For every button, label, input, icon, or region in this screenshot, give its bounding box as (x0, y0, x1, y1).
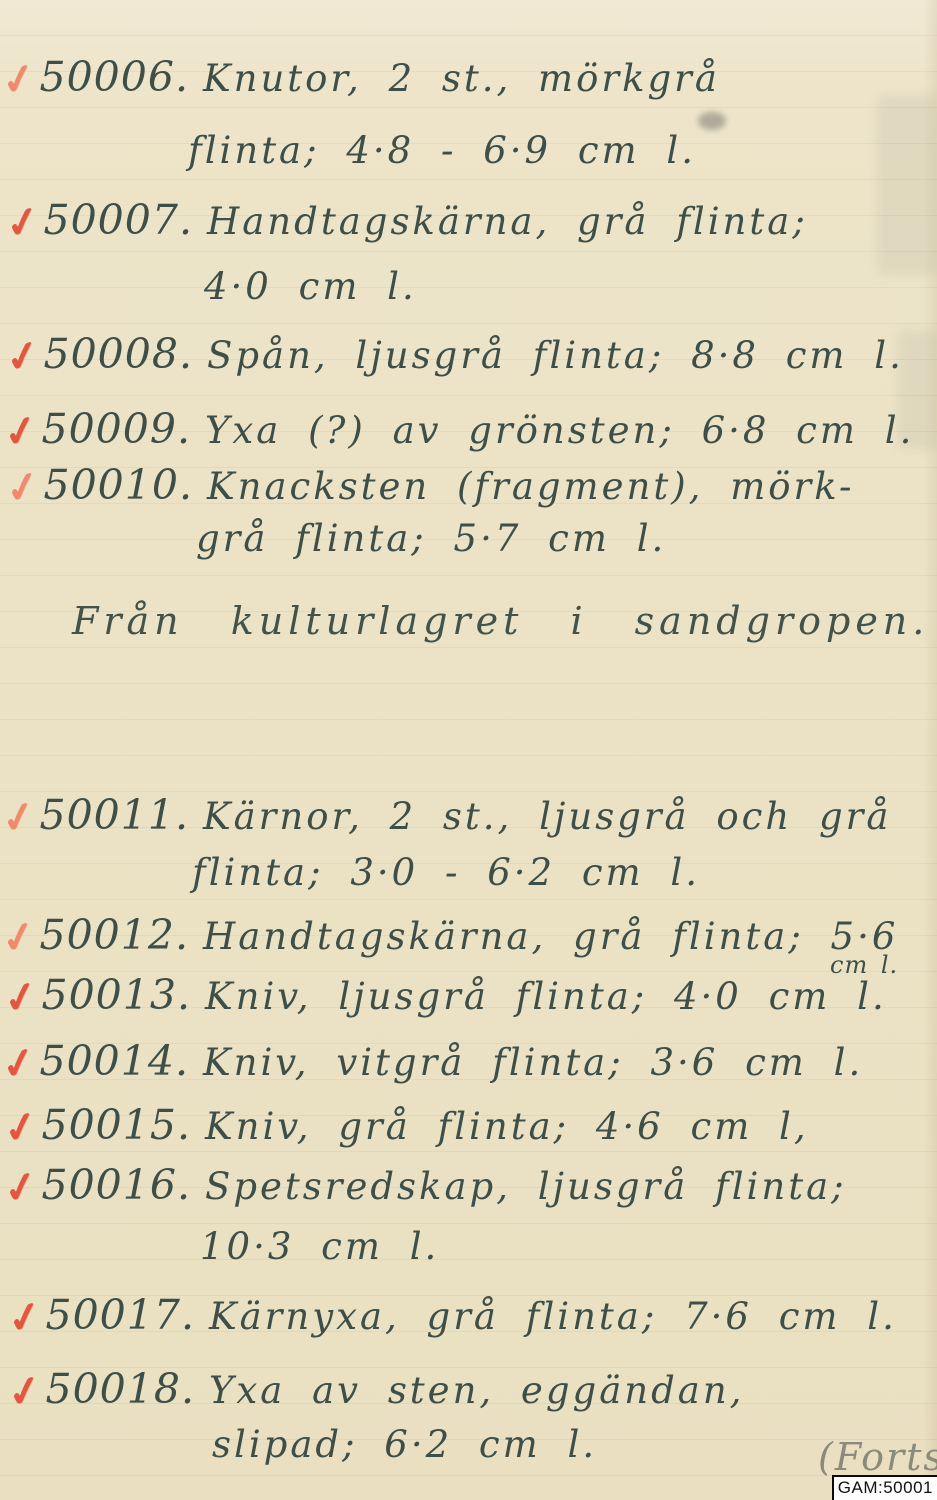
entry-number: 50018. (46, 1365, 195, 1413)
checkmark-icon: ✓ (0, 971, 41, 1024)
entry-number: 50007. (44, 196, 193, 244)
catalog-entry-50013: ✓50013.Kniv, ljusgrå flinta; 4·0 cm l. (4, 972, 887, 1021)
catalog-entry-50017: ✓50017.Kärnyxa, grå flinta; 7·6 cm l. (8, 1292, 897, 1341)
checkmark-icon: ✓ (0, 791, 39, 844)
catalog-entry-50010: ✓50010.Knacksten (fragment), mörk- (6, 462, 855, 511)
entry-description: Kärnyxa, grå flinta; 7·6 cm l. (209, 1295, 897, 1338)
catalog-entry-50007: ✓50007.Handtagskärna, grå flinta; (6, 197, 808, 246)
entry-description: Yxa (?) av grönsten; 6·8 cm l. (205, 409, 914, 452)
ink-smudge (698, 112, 726, 130)
entry-description: Kniv, grå flinta; 4·6 cm l, (205, 1105, 809, 1148)
entry-description-continued: grå flinta; 5·7 cm l. (196, 518, 666, 561)
entry-number: 50008. (44, 330, 193, 378)
entry-number: 50011. (40, 791, 189, 839)
catalog-entry-50018: ✓50018.Yxa av sten, eggändan, (8, 1366, 744, 1415)
checkmark-icon: ✓ (2, 461, 43, 514)
catalog-entry-50008: ✓50008.Spån, ljusgrå flinta; 8·8 cm l. (6, 331, 904, 380)
catalog-entry-50006: ✓50006.Knutor, 2 st., mörkgrå (2, 54, 720, 103)
checkmark-icon: ✓ (0, 1037, 39, 1090)
entry-description-continued: flinta; 3·0 - 6·2 cm l. (192, 852, 700, 895)
checkmark-icon: ✓ (4, 1365, 45, 1418)
catalog-entry-50012: ✓50012.Handtagskärna, grå flinta; 5·6 (2, 912, 898, 961)
catalog-entry-50009: ✓50009.Yxa (?) av grönsten; 6·8 cm l. (4, 406, 914, 455)
checkmark-icon: ✓ (0, 1101, 41, 1154)
entry-number: 50015. (42, 1101, 191, 1149)
entry-description: Spån, ljusgrå flinta; 8·8 cm l. (207, 334, 904, 377)
catalog-entry-50015: ✓50015.Kniv, grå flinta; 4·6 cm l, (4, 1102, 809, 1151)
entry-description: Kniv, ljusgrå flinta; 4·0 cm l. (205, 975, 887, 1018)
checkmark-icon: ✓ (4, 1291, 45, 1344)
entry-description: Kniv, vitgrå flinta; 3·6 cm l. (203, 1041, 863, 1084)
entry-number: 50012. (40, 911, 189, 959)
entry-description: Kärnor, 2 st., ljusgrå och grå (203, 795, 891, 838)
catalog-id-stamp: GAM:50001 (832, 1475, 937, 1500)
bleed-through-mark (877, 95, 937, 275)
entry-description: Knacksten (fragment), mörk- (207, 465, 855, 508)
catalog-page: ✓50006.Knutor, 2 st., mörkgrå flinta; 4·… (0, 0, 937, 1500)
entry-description: Handtagskärna, grå flinta; (207, 200, 808, 243)
entry-number: 50010. (44, 461, 193, 509)
entry-description-continued: slipad; 6·2 cm l. (212, 1424, 597, 1467)
continuation-note: (Forts. (818, 1436, 937, 1480)
checkmark-icon: ✓ (0, 405, 41, 458)
entry-description: Knutor, 2 st., mörkgrå (203, 57, 720, 100)
entry-description-continued: 10·3 cm l. (200, 1226, 439, 1269)
catalog-entry-50011: ✓50011.Kärnor, 2 st., ljusgrå och grå (2, 792, 891, 841)
entry-number: 50009. (42, 405, 191, 453)
checkmark-icon: ✓ (0, 911, 39, 964)
catalog-entry-50014: ✓50014.Kniv, vitgrå flinta; 3·6 cm l. (2, 1038, 863, 1087)
entry-description-continued: 4·0 cm l. (204, 266, 417, 309)
checkmark-icon: ✓ (2, 330, 43, 383)
entry-number: 50006. (40, 53, 189, 101)
entry-number: 50016. (42, 1161, 191, 1209)
entry-description: Spetsredskap, ljusgrå flinta; (205, 1165, 847, 1208)
entry-description: Handtagskärna, grå flinta; 5·6 (203, 915, 898, 958)
entry-description-continued: flinta; 4·8 - 6·9 cm l. (188, 130, 696, 173)
entry-number: 50017. (46, 1291, 195, 1339)
checkmark-icon: ✓ (0, 1161, 41, 1214)
checkmark-icon: ✓ (0, 53, 39, 106)
checkmark-icon: ✓ (2, 196, 43, 249)
entry-number: 50014. (40, 1037, 189, 1085)
entry-number: 50013. (42, 971, 191, 1019)
section-note: Från kulturlagret i sandgropen. (72, 600, 929, 644)
catalog-entry-50016: ✓50016.Spetsredskap, ljusgrå flinta; (4, 1162, 847, 1211)
entry-description: Yxa av sten, eggändan, (209, 1369, 744, 1412)
